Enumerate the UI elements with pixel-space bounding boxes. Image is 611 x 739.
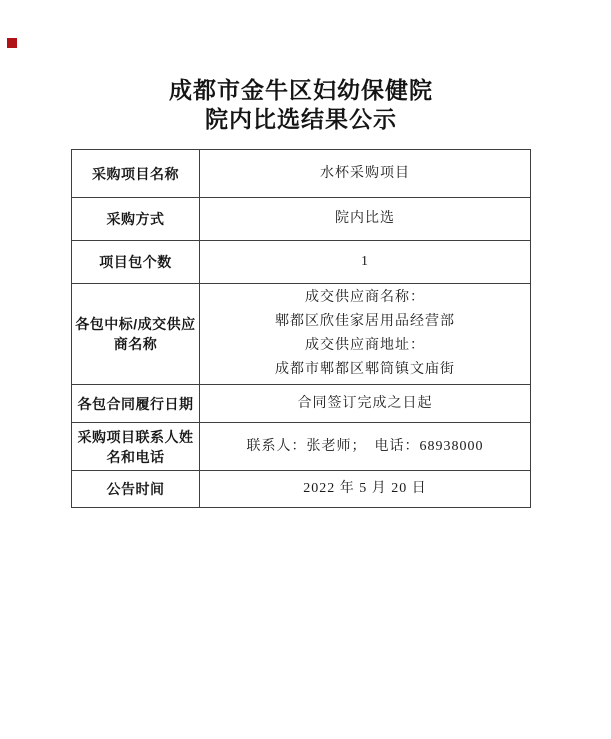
row-value-project-name: 水杯采购项目 bbox=[200, 150, 531, 198]
table-row: 各包中标/成交供应 商名称 成交供应商名称： 郫都区欣佳家居用品经营部 成交供应… bbox=[72, 284, 531, 385]
row-label-announcement-time: 公告时间 bbox=[72, 471, 200, 508]
row-label-project-name: 采购项目名称 bbox=[72, 150, 200, 198]
click-marker bbox=[7, 38, 17, 48]
row-value-package-count: 1 bbox=[200, 241, 531, 284]
table-row: 采购项目名称 水杯采购项目 bbox=[72, 150, 531, 198]
row-label-winning-supplier: 各包中标/成交供应 商名称 bbox=[72, 284, 200, 385]
row-value-contact: 联系人：张老师； 电话：68938000 bbox=[200, 423, 531, 471]
row-value-contract-date: 合同签订完成之日起 bbox=[200, 385, 531, 423]
notice-title: 成都市金牛区妇幼保健院 院内比选结果公示 bbox=[71, 76, 531, 134]
results-table: 采购项目名称 水杯采购项目 采购方式 院内比选 项目包个数 1 各包中标/成交供… bbox=[71, 149, 531, 508]
table-row: 采购项目联系人姓 名和电话 联系人：张老师； 电话：68938000 bbox=[72, 423, 531, 471]
row-label-procurement-method: 采购方式 bbox=[72, 198, 200, 241]
table-row: 公告时间 2022 年 5 月 20 日 bbox=[72, 471, 531, 508]
row-label-contract-date: 各包合同履行日期 bbox=[72, 385, 200, 423]
row-value-announcement-time: 2022 年 5 月 20 日 bbox=[200, 471, 531, 508]
notice-page: 成都市金牛区妇幼保健院 院内比选结果公示 采购项目名称 水杯采购项目 采购方式 … bbox=[0, 0, 611, 739]
table-row: 项目包个数 1 bbox=[72, 241, 531, 284]
row-value-winning-supplier: 成交供应商名称： 郫都区欣佳家居用品经营部 成交供应商地址： 成都市郫都区郫筒镇… bbox=[200, 284, 531, 385]
table-row: 各包合同履行日期 合同签订完成之日起 bbox=[72, 385, 531, 423]
notice-content: 成都市金牛区妇幼保健院 院内比选结果公示 采购项目名称 水杯采购项目 采购方式 … bbox=[71, 0, 531, 508]
table-row: 采购方式 院内比选 bbox=[72, 198, 531, 241]
row-label-contact: 采购项目联系人姓 名和电话 bbox=[72, 423, 200, 471]
row-value-procurement-method: 院内比选 bbox=[200, 198, 531, 241]
row-label-package-count: 项目包个数 bbox=[72, 241, 200, 284]
